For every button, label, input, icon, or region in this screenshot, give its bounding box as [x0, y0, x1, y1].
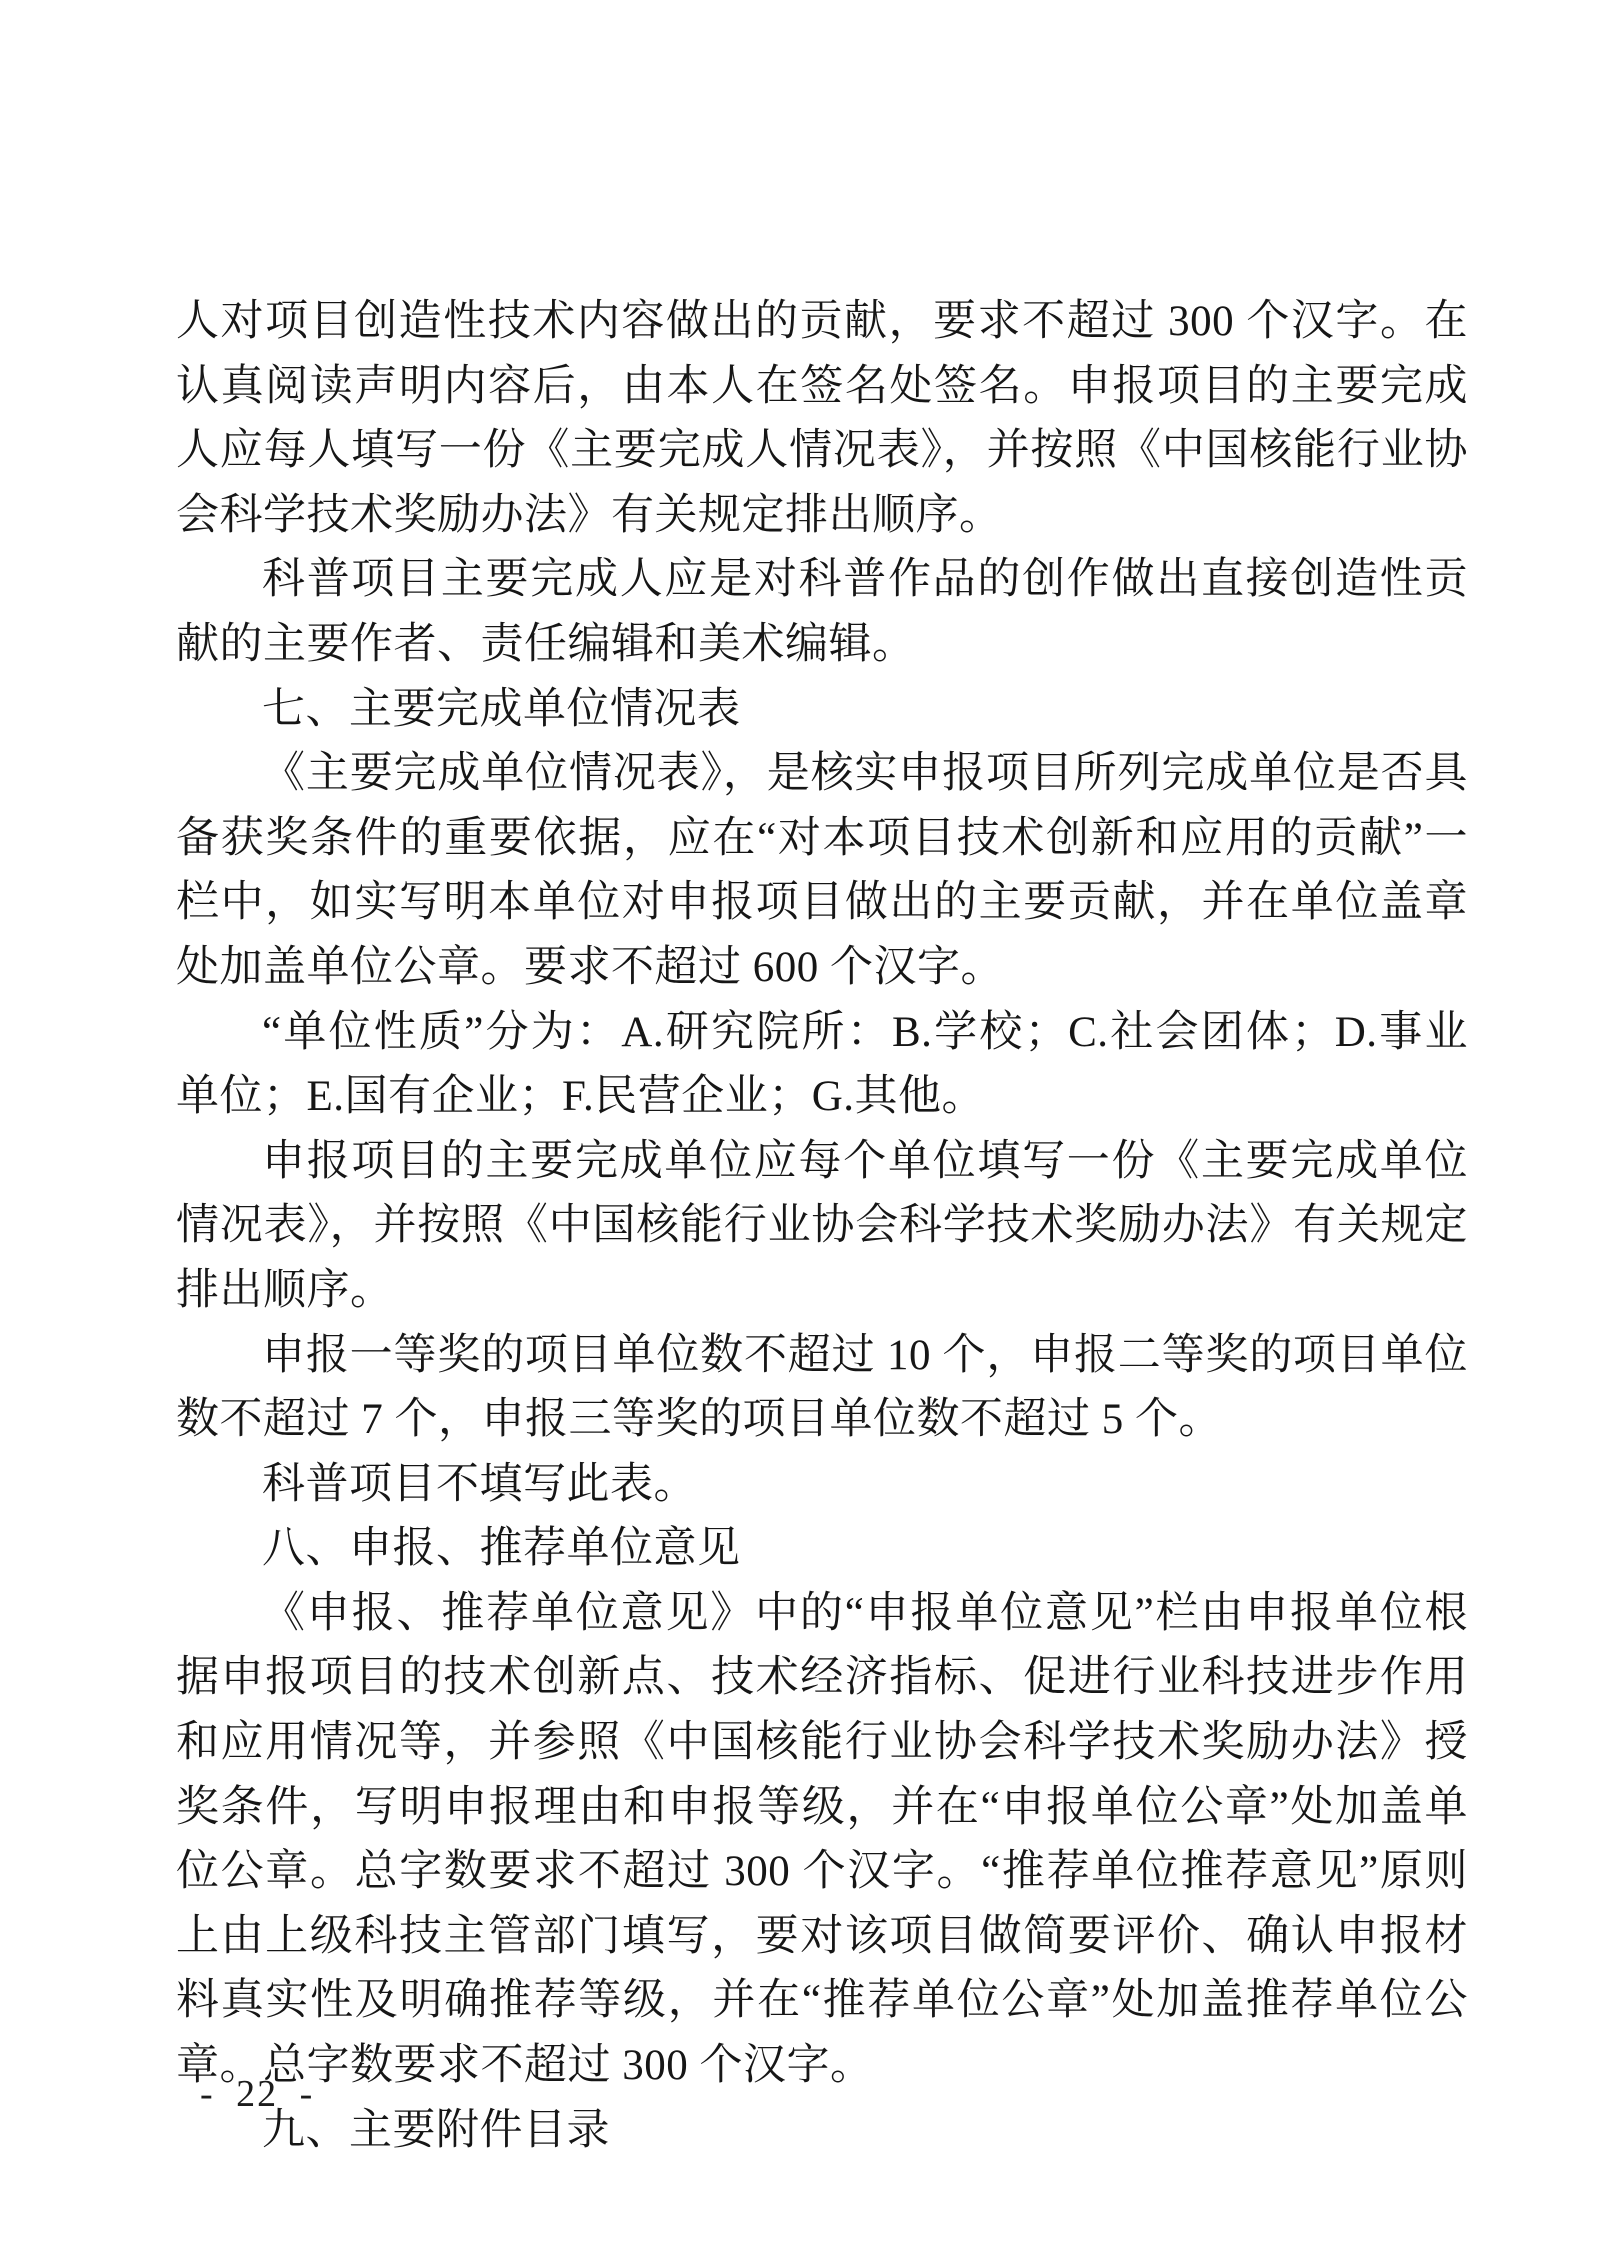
section-heading-8: 八、申报、推荐单位意见 [176, 1517, 1468, 1582]
section-heading-7: 七、主要完成单位情况表 [176, 678, 1468, 743]
document-body: 人对项目创造性技术内容做出的贡献，要求不超过 300 个汉字。在认真阅读声明内容… [176, 290, 1468, 2163]
paragraph-continuation: 人对项目创造性技术内容做出的贡献，要求不超过 300 个汉字。在认真阅读声明内容… [176, 290, 1468, 548]
section-heading-9: 九、主要附件目录 [176, 2099, 1468, 2164]
paragraph: 《主要完成单位情况表》，是核实申报项目所列完成单位是否具备获奖条件的重要依据，应… [176, 742, 1468, 1000]
paragraph: 申报一等奖的项目单位数不超过 10 个，申报二等奖的项目单位数不超过 7 个，申… [176, 1324, 1468, 1453]
page-number: - 22 - [200, 2072, 314, 2116]
paragraph: 《申报、推荐单位意见》中的“申报单位意见”栏由申报单位根据申报项目的技术创新点、… [176, 1582, 1468, 2099]
paragraph: 申报项目的主要完成单位应每个单位填写一份《主要完成单位情况表》，并按照《中国核能… [176, 1130, 1468, 1324]
document-page: 人对项目创造性技术内容做出的贡献，要求不超过 300 个汉字。在认真阅读声明内容… [0, 0, 1600, 2262]
paragraph: 科普项目主要完成人应是对科普作品的创作做出直接创造性贡献的主要作者、责任编辑和美… [176, 548, 1468, 677]
paragraph: “单位性质”分为：A.研究院所：B.学校；C.社会团体；D.事业单位；E.国有企… [176, 1001, 1468, 1130]
paragraph: 科普项目不填写此表。 [176, 1453, 1468, 1518]
